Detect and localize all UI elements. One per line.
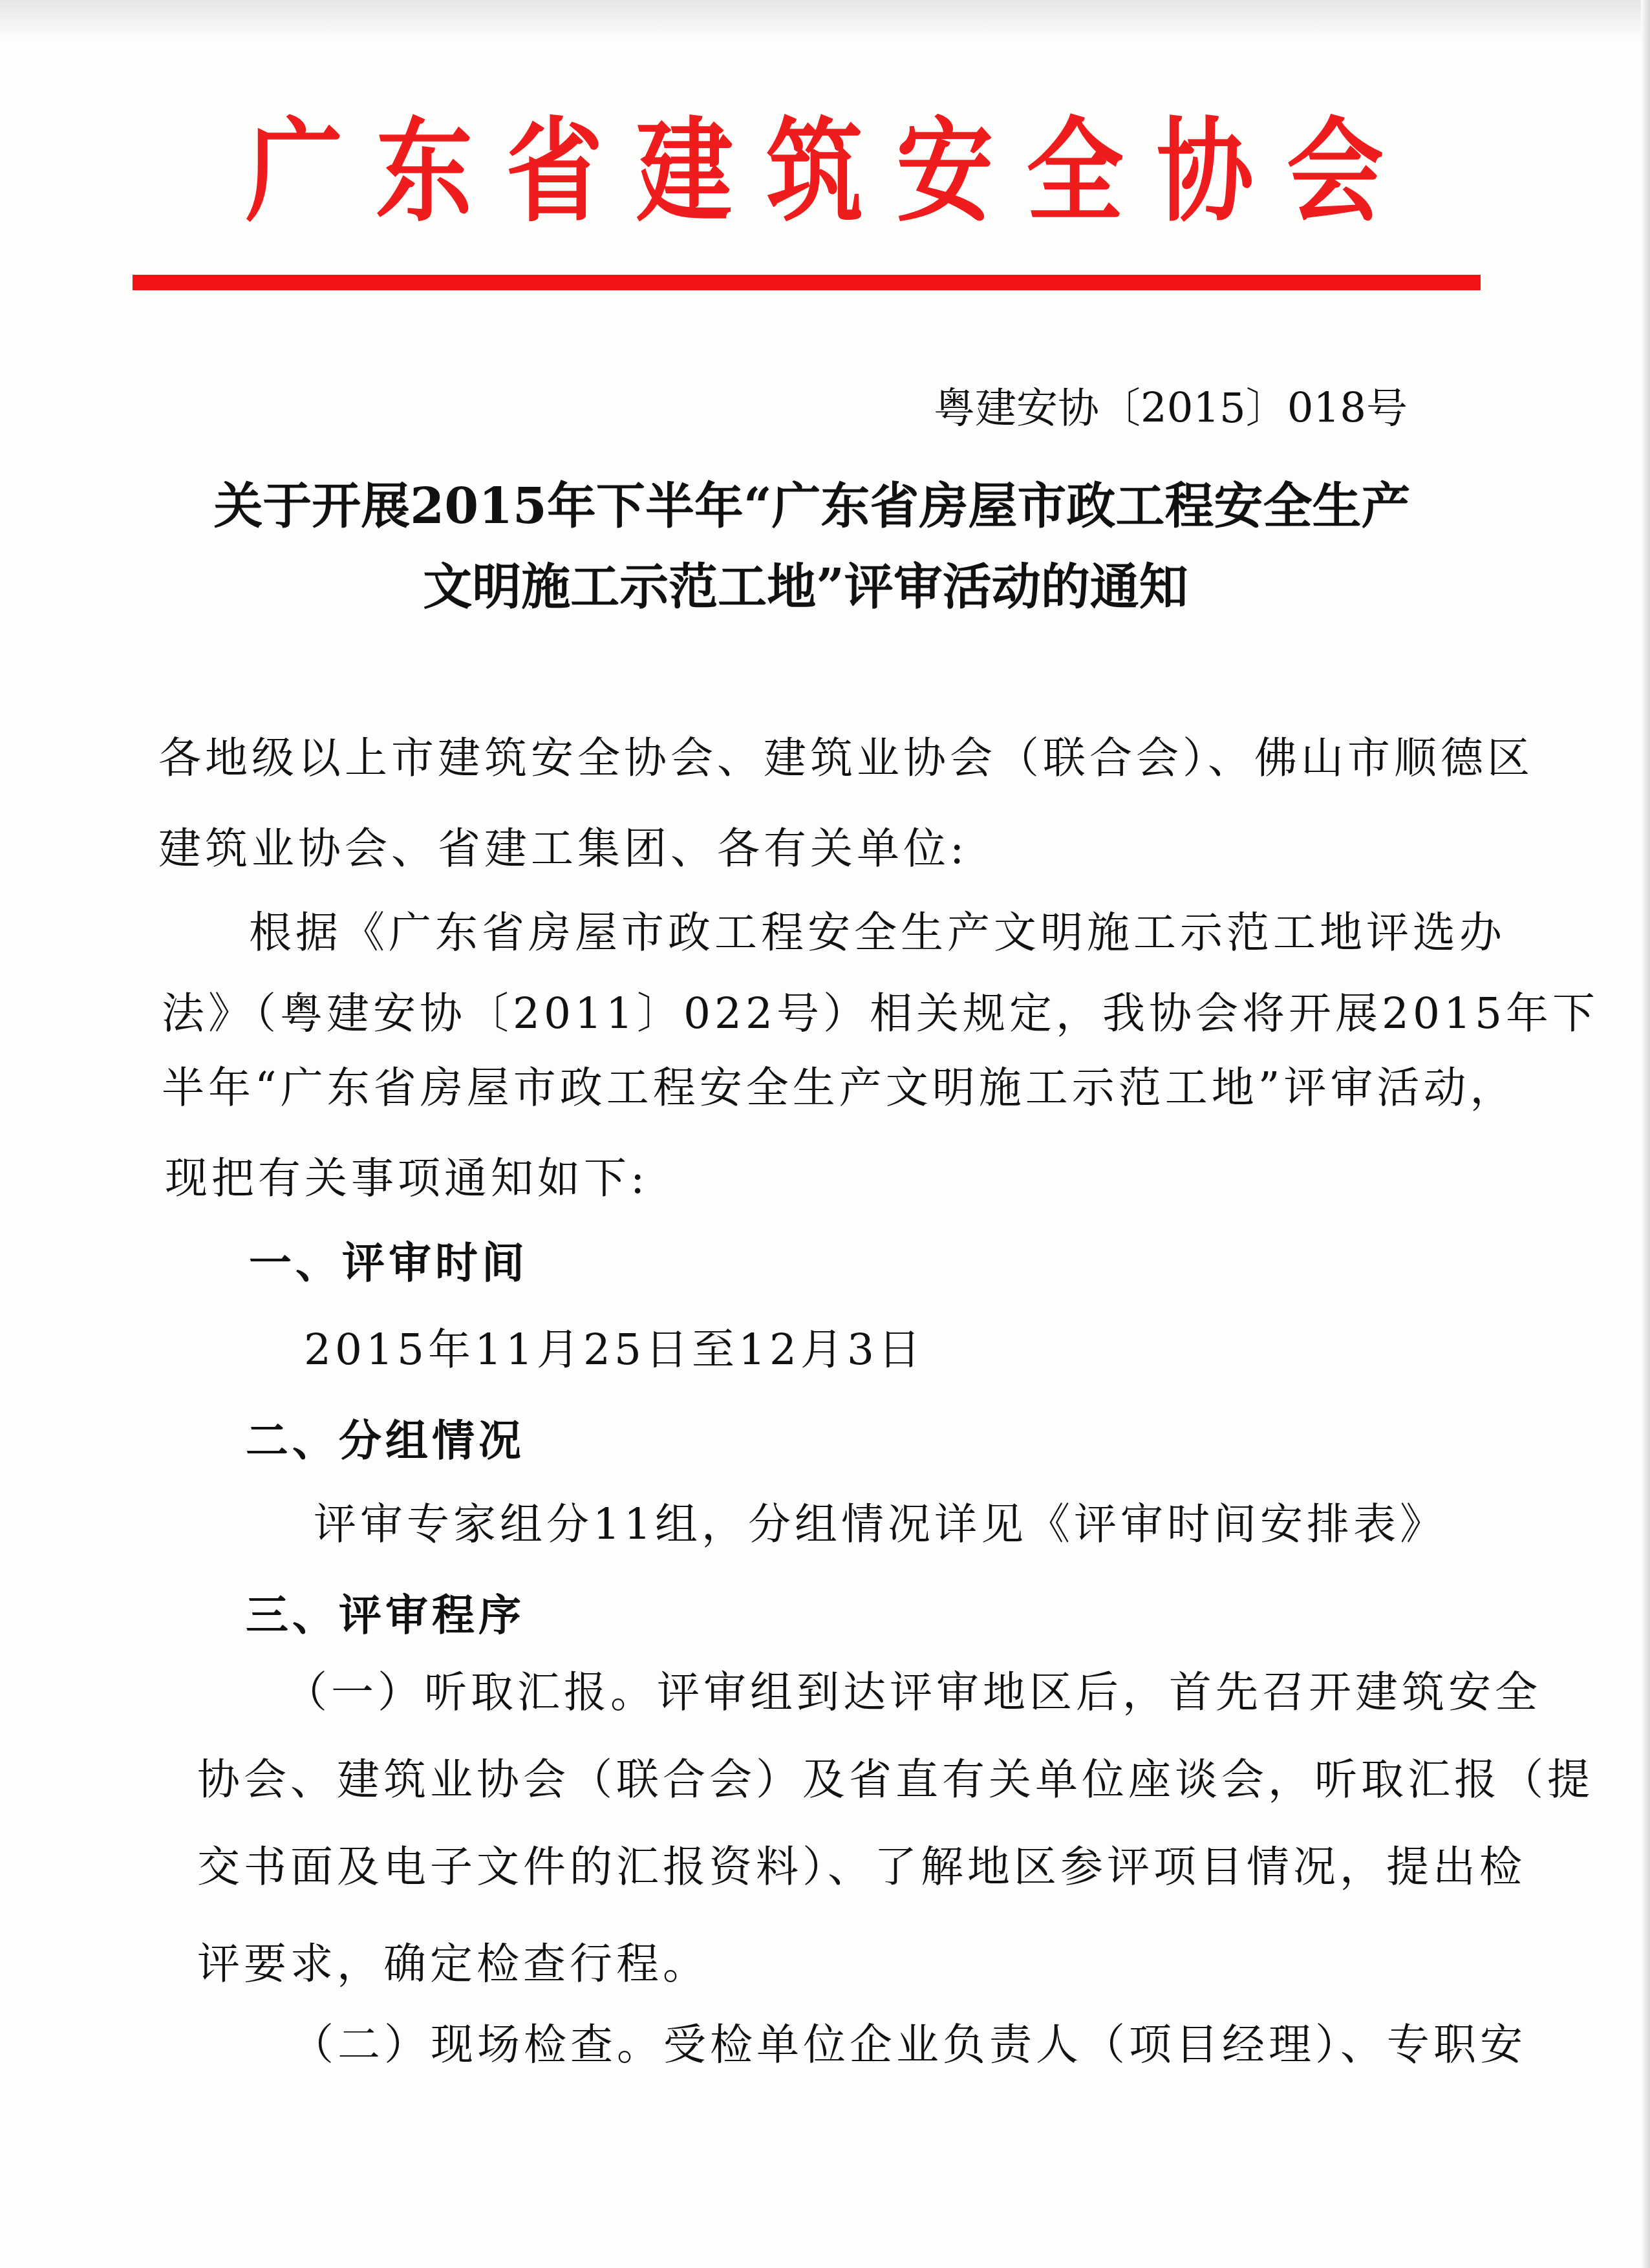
document-number: 粤建安协〔2015〕018号 bbox=[934, 388, 1408, 429]
intro-line: 法》（粤建安协〔2011〕022号）相关规定，我协会将开展2015年下 bbox=[162, 992, 1599, 1035]
intro-line: 半年“广东省房屋市政工程安全生产文明施工示范工地”评审活动， bbox=[162, 1067, 1516, 1109]
section-heading-procedure: 三、评审程序 bbox=[246, 1594, 525, 1636]
procedure-line: （二）现场检查。受检单位企业负责人（项目经理）、专职安 bbox=[291, 2024, 1527, 2066]
letterhead-char: 省 bbox=[506, 116, 603, 228]
section-heading-grouping: 二、分组情况 bbox=[246, 1419, 525, 1462]
letterhead-char: 安 bbox=[896, 116, 993, 228]
intro-line: 根据《广东省房屋市政工程安全生产文明施工示范工地评选办 bbox=[249, 912, 1506, 954]
procedure-line: 交书面及电子文件的汇报资料）、了解地区参评项目情况，提出检 bbox=[197, 1846, 1526, 1888]
letterhead-organization: 广 东 省 建 筑 安 全 协 会 bbox=[246, 113, 1384, 230]
letterhead-char: 筑 bbox=[766, 116, 863, 228]
letterhead-char: 东 bbox=[376, 116, 473, 228]
section-heading-review-time: 一、评审时间 bbox=[249, 1241, 528, 1284]
letterhead-char: 协 bbox=[1157, 116, 1254, 228]
grouping-detail: 评审专家组分11组，分组情况详见《评审时间安排表》 bbox=[314, 1503, 1446, 1546]
salutation-line: 各地级以上市建筑安全协会、建筑业协会（联合会）、佛山市顺德区 bbox=[158, 737, 1534, 780]
letterhead-char: 广 bbox=[246, 116, 343, 228]
letterhead-char: 会 bbox=[1287, 116, 1384, 228]
scan-shadow bbox=[0, 0, 1650, 39]
procedure-line: 协会、建筑业协会（联合会）及省直有关单位座谈会，听取汇报（提 bbox=[197, 1759, 1594, 1801]
letterhead-char: 全 bbox=[1026, 116, 1123, 228]
letterhead-red-rule bbox=[133, 275, 1481, 290]
review-date-range: 2015年11月25日至12月3日 bbox=[304, 1329, 925, 1371]
procedure-line: 评要求，确定检查行程。 bbox=[197, 1943, 709, 1985]
document-title-line-1: 关于开展2015年下半年“广东省房屋市政工程安全生产 bbox=[0, 482, 1637, 531]
intro-line: 现把有关事项通知如下: bbox=[165, 1157, 648, 1200]
document-title-line-2: 文明施工示范工地”评审活动的通知 bbox=[0, 562, 1631, 612]
salutation-line: 建筑业协会、省建工集团、各有关单位: bbox=[158, 828, 968, 870]
scan-edge bbox=[1641, 0, 1650, 2268]
letterhead-char: 建 bbox=[636, 116, 733, 228]
procedure-line: （一）听取汇报。评审组到达评审地区后，首先召开建筑安全 bbox=[284, 1671, 1541, 1714]
